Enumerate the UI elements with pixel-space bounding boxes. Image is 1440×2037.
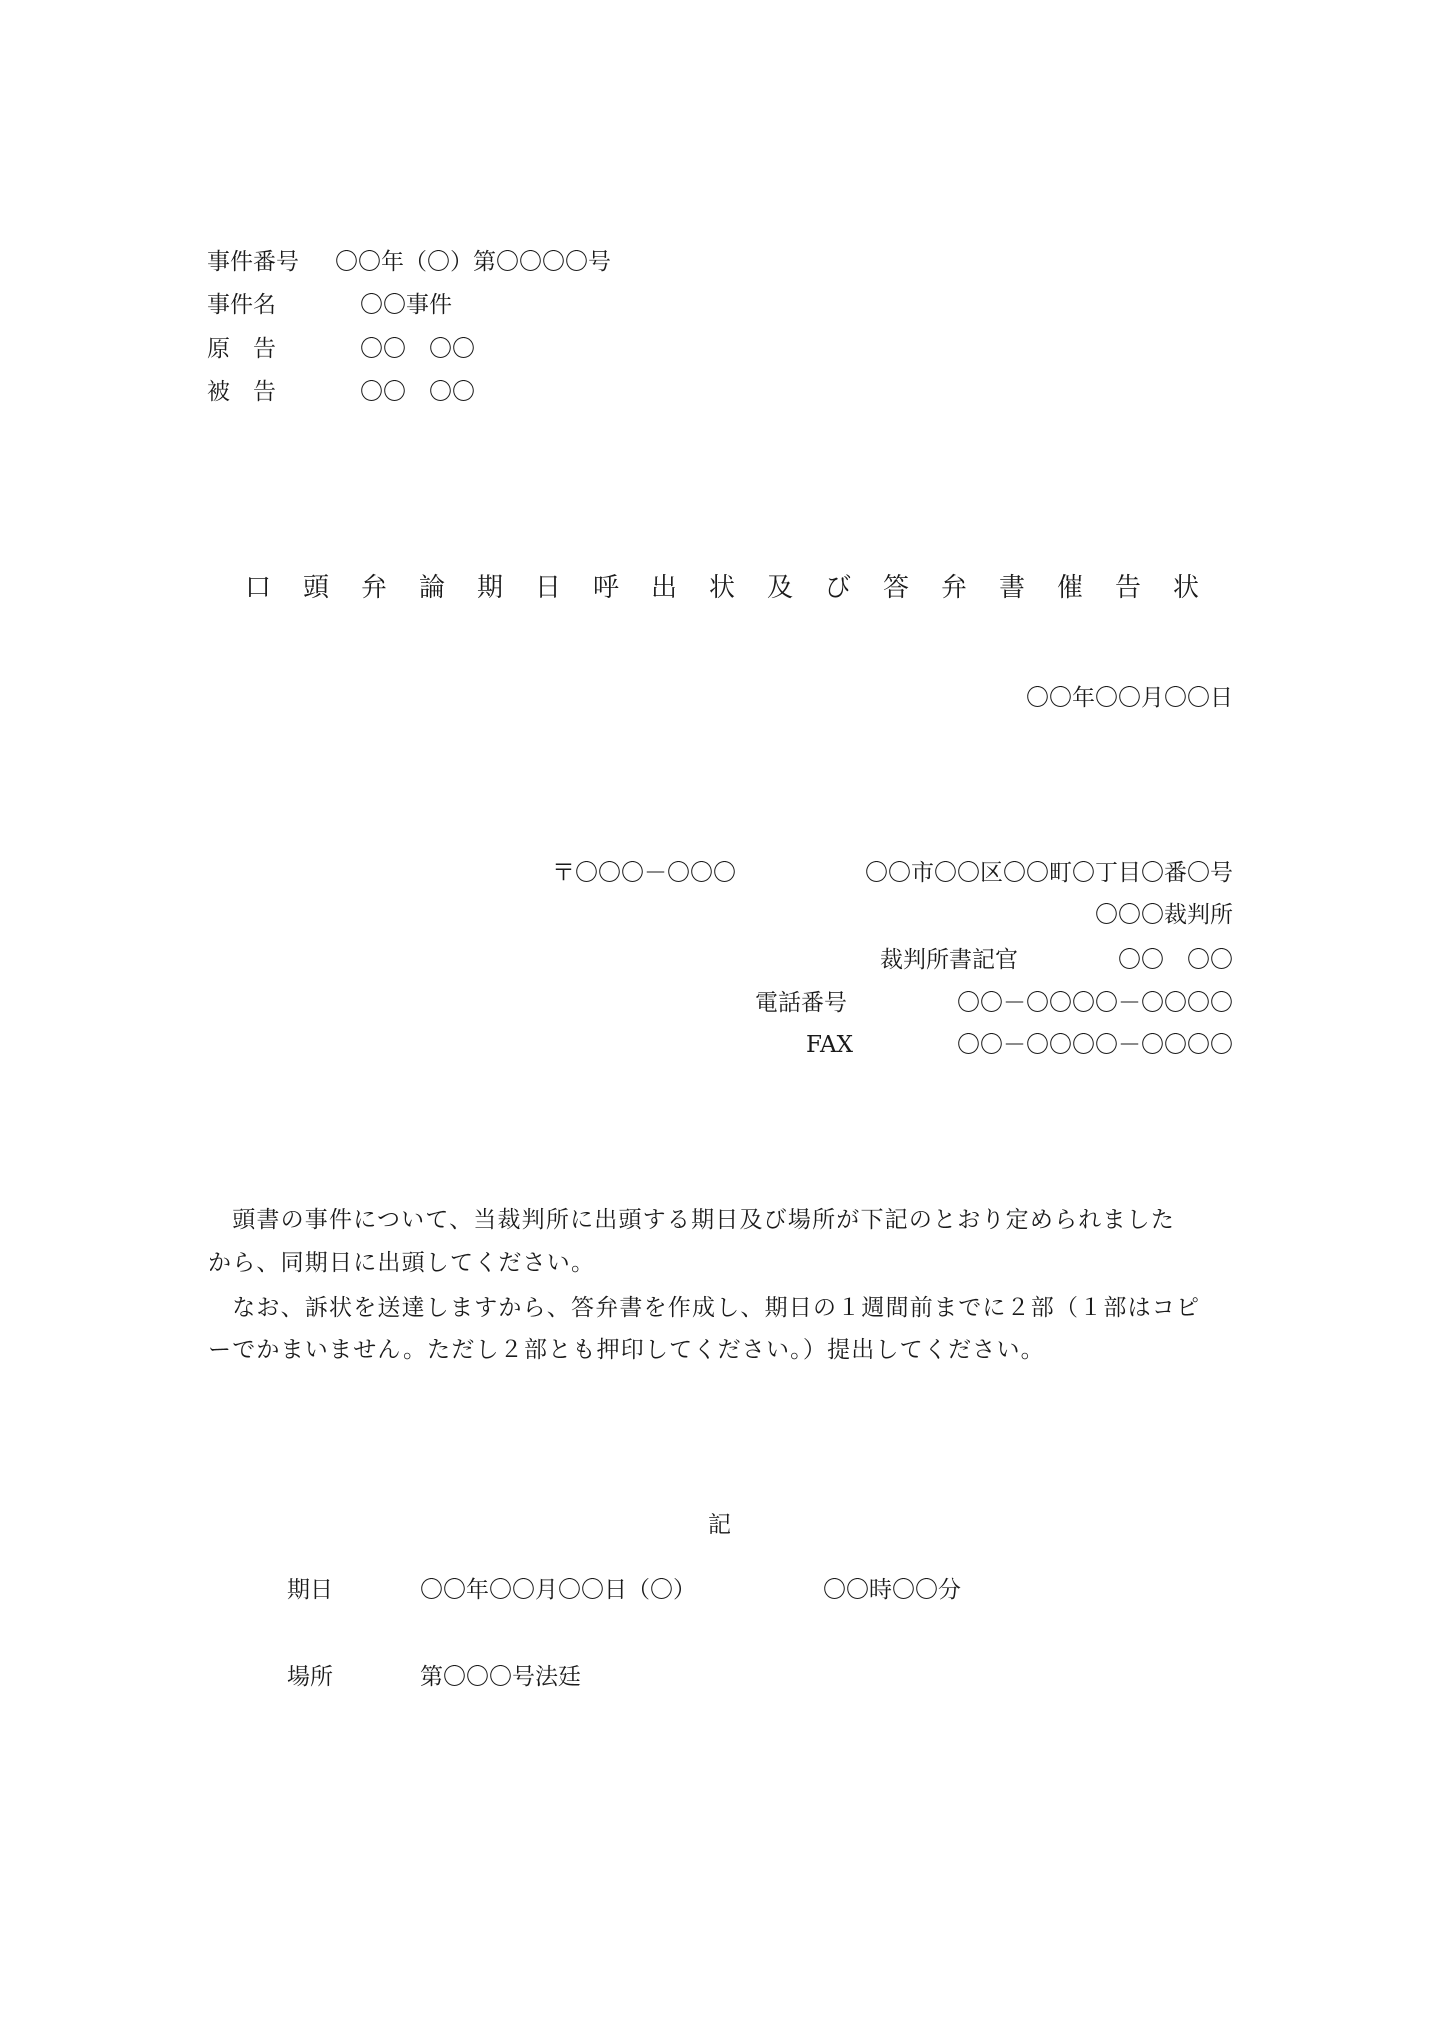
defendant-value: 〇〇 〇〇 [360, 377, 475, 407]
title-char: 告 [1114, 573, 1142, 603]
title-char: 弁 [940, 573, 968, 603]
case-number-value: 〇〇年（〇）第〇〇〇〇号 [335, 247, 611, 277]
title-char: 口 [244, 573, 272, 603]
fax-value: 〇〇－〇〇〇〇－〇〇〇〇 [920, 1030, 1233, 1060]
title-char: 催 [1056, 573, 1084, 603]
title-char: 呼 [592, 573, 620, 603]
court-name: 〇〇〇裁判所 [900, 900, 1233, 930]
phone-value: 〇〇－〇〇〇〇－〇〇〇〇 [920, 988, 1233, 1018]
document-date: 〇〇年〇〇月〇〇日 [900, 683, 1233, 713]
title-char: 及 [766, 573, 794, 603]
clerk-label: 裁判所書記官 [880, 945, 1018, 975]
court-address: 〇〇市〇〇区〇〇町〇丁目〇番〇号 [800, 858, 1233, 888]
plaintiff-value: 〇〇 〇〇 [360, 334, 475, 364]
postal-code: 〒〇〇〇－〇〇〇 [552, 858, 736, 888]
fax-label: FAX [755, 1030, 853, 1060]
title-char: 書 [998, 573, 1026, 603]
title-char: 状 [708, 573, 736, 603]
case-name-label: 事件名 [207, 290, 276, 320]
body-line: なお、訴状を送達しますから、答弁書を作成し、期日の１週間前までに２部（１部はコピ [208, 1293, 1200, 1323]
title-char: 期 [476, 573, 504, 603]
notice-heading: 記 [708, 1510, 731, 1540]
clerk-name: 〇〇 〇〇 [1080, 945, 1233, 975]
title-char: 状 [1172, 573, 1200, 603]
body-line: から、同期日に出頭してください。 [208, 1248, 595, 1278]
hearing-time-value: 〇〇時〇〇分 [823, 1575, 961, 1605]
phone-label: 電話番号 [755, 988, 847, 1018]
title-char: 出 [650, 573, 678, 603]
hearing-date-value: 〇〇年〇〇月〇〇日（〇） [420, 1575, 696, 1605]
case-name-value: 〇〇事件 [360, 290, 452, 320]
title-char: 答 [882, 573, 910, 603]
title-char: 弁 [360, 573, 388, 603]
case-number-label: 事件番号 [207, 247, 299, 277]
hearing-place-value: 第〇〇〇号法廷 [420, 1662, 581, 1692]
title-char: 論 [418, 573, 446, 603]
body-paragraph: 頭書の事件について、当裁判所に出頭する期日及び場所が下記のとおり定められました … [208, 1205, 1234, 1385]
body-line: ーでかまいません。ただし２部とも押印してください。）提出してください。 [208, 1335, 1045, 1365]
plaintiff-label: 原 告 [207, 334, 276, 364]
hearing-place-label: 場所 [287, 1662, 333, 1692]
body-line: 頭書の事件について、当裁判所に出頭する期日及び場所が下記のとおり定められました [208, 1205, 1175, 1235]
hearing-date-label: 期日 [287, 1575, 333, 1605]
title-char: 日 [534, 573, 562, 603]
title-char: 頭 [302, 573, 330, 603]
title-char: び [824, 573, 852, 603]
defendant-label: 被 告 [207, 377, 276, 407]
